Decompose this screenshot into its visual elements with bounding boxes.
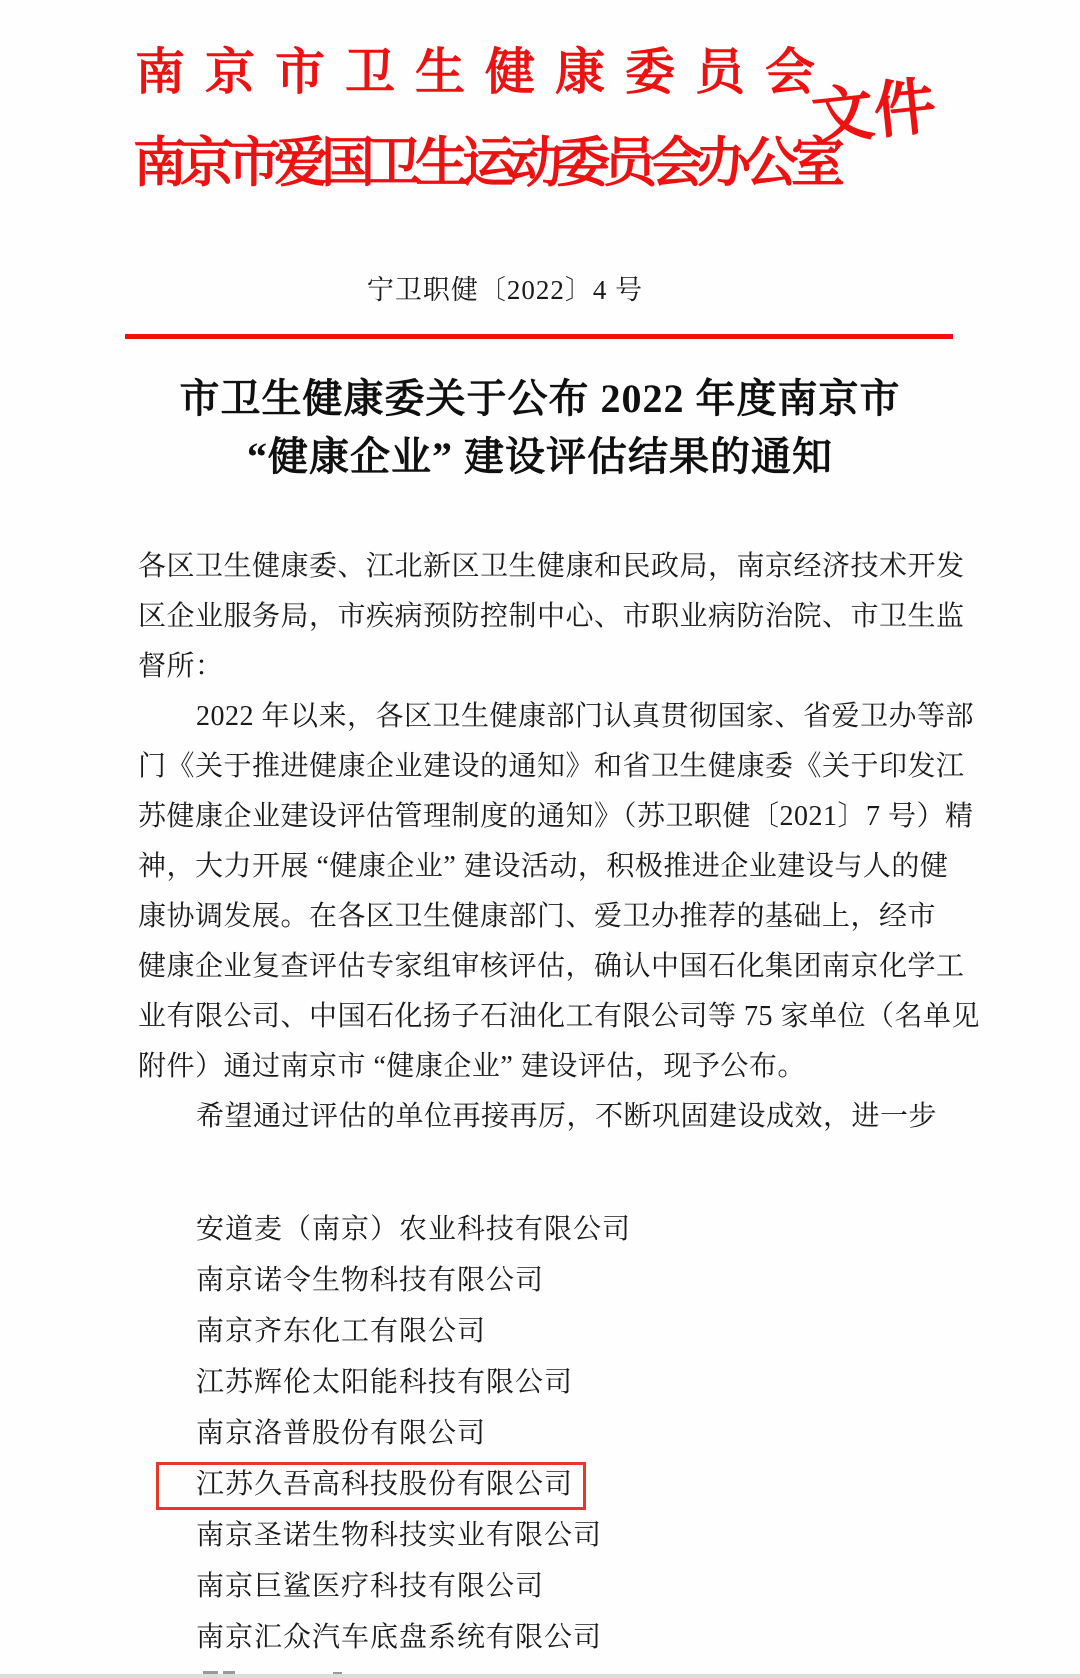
body-line: 区企业服务局，市疾病预防控制中心、市职业病防治院、市卫生监	[138, 592, 953, 642]
company-list-item: 南京齐东化工有限公司	[196, 1306, 631, 1357]
letterhead-org-line1: 南京市卫生健康委员会	[135, 44, 835, 102]
company-list-item: 江苏辉伦太阳能科技有限公司	[196, 1357, 631, 1408]
body-line: 康协调发展。在各区卫生健康部门、爱卫办推荐的基础上，经市	[138, 892, 953, 942]
company-list-item: 南京汇众汽车底盘系统有限公司	[196, 1612, 631, 1663]
body-line: 2022 年以来，各区卫生健康部门认真贯彻国家、省爱卫办等部	[138, 692, 953, 742]
company-list-item: 安道麦（南京）农业科技有限公司	[196, 1204, 631, 1255]
body-line: 希望通过评估的单位再接再厉，不断巩固建设成效，进一步	[138, 1092, 953, 1142]
company-list-item: 南京洛普股份有限公司	[196, 1408, 631, 1459]
body-line: 附件）通过南京市 “健康企业” 建设评估，现予公布。	[138, 1042, 953, 1092]
body-line: 苏健康企业建设评估管理制度的通知》（苏卫职健〔2021〕7 号）精	[138, 792, 953, 842]
official-document-page: 南京市卫生健康委员会 文件 南京市爱国卫生运动委员会办公室 宁卫职健〔2022〕…	[0, 0, 1080, 1678]
highlighted-company-item: 江苏久吾高科技股份有限公司	[196, 1459, 631, 1510]
body-line: 门《关于推进健康企业建设的通知》和省卫生健康委《关于印发江	[138, 742, 953, 792]
company-list-item: 南京诺令生物科技有限公司	[196, 1255, 631, 1306]
document-number: 宁卫职健〔2022〕4 号	[0, 268, 1010, 307]
body-line: 督所：	[138, 642, 953, 692]
body-line: 业有限公司、中国石化扬子石油化工有限公司等 75 家单位（名单见	[138, 992, 953, 1042]
notice-title-line1: 市卫生健康委关于公布 2022 年度南京市	[0, 370, 1080, 428]
screenshot-bottom-edge	[0, 1674, 1080, 1678]
red-separator-rule	[125, 334, 953, 339]
body-line: 神，大力开展 “健康企业” 建设活动，积极推进企业建设与人的健	[138, 842, 953, 892]
notice-title: 市卫生健康委关于公布 2022 年度南京市 “健康企业” 建设评估结果的通知	[0, 370, 1080, 486]
body-line: 各区卫生健康委、江北新区卫生健康和民政局，南京经济技术开发	[138, 542, 953, 592]
notice-body: 各区卫生健康委、江北新区卫生健康和民政局，南京经济技术开发 区企业服务局，市疾病…	[138, 542, 953, 1142]
company-list: 安道麦（南京）农业科技有限公司 南京诺令生物科技有限公司 南京齐东化工有限公司 …	[196, 1204, 631, 1663]
body-line: 健康企业复查评估专家组审核评估，确认中国石化集团南京化学工	[138, 942, 953, 992]
letterhead-org-line2: 南京市爱国卫生运动委员会办公室	[133, 132, 838, 194]
notice-title-line2: “健康企业” 建设评估结果的通知	[0, 428, 1080, 486]
company-list-item: 南京圣诺生物科技实业有限公司	[196, 1510, 631, 1561]
company-list-item: 南京巨鲨医疗科技有限公司	[196, 1561, 631, 1612]
